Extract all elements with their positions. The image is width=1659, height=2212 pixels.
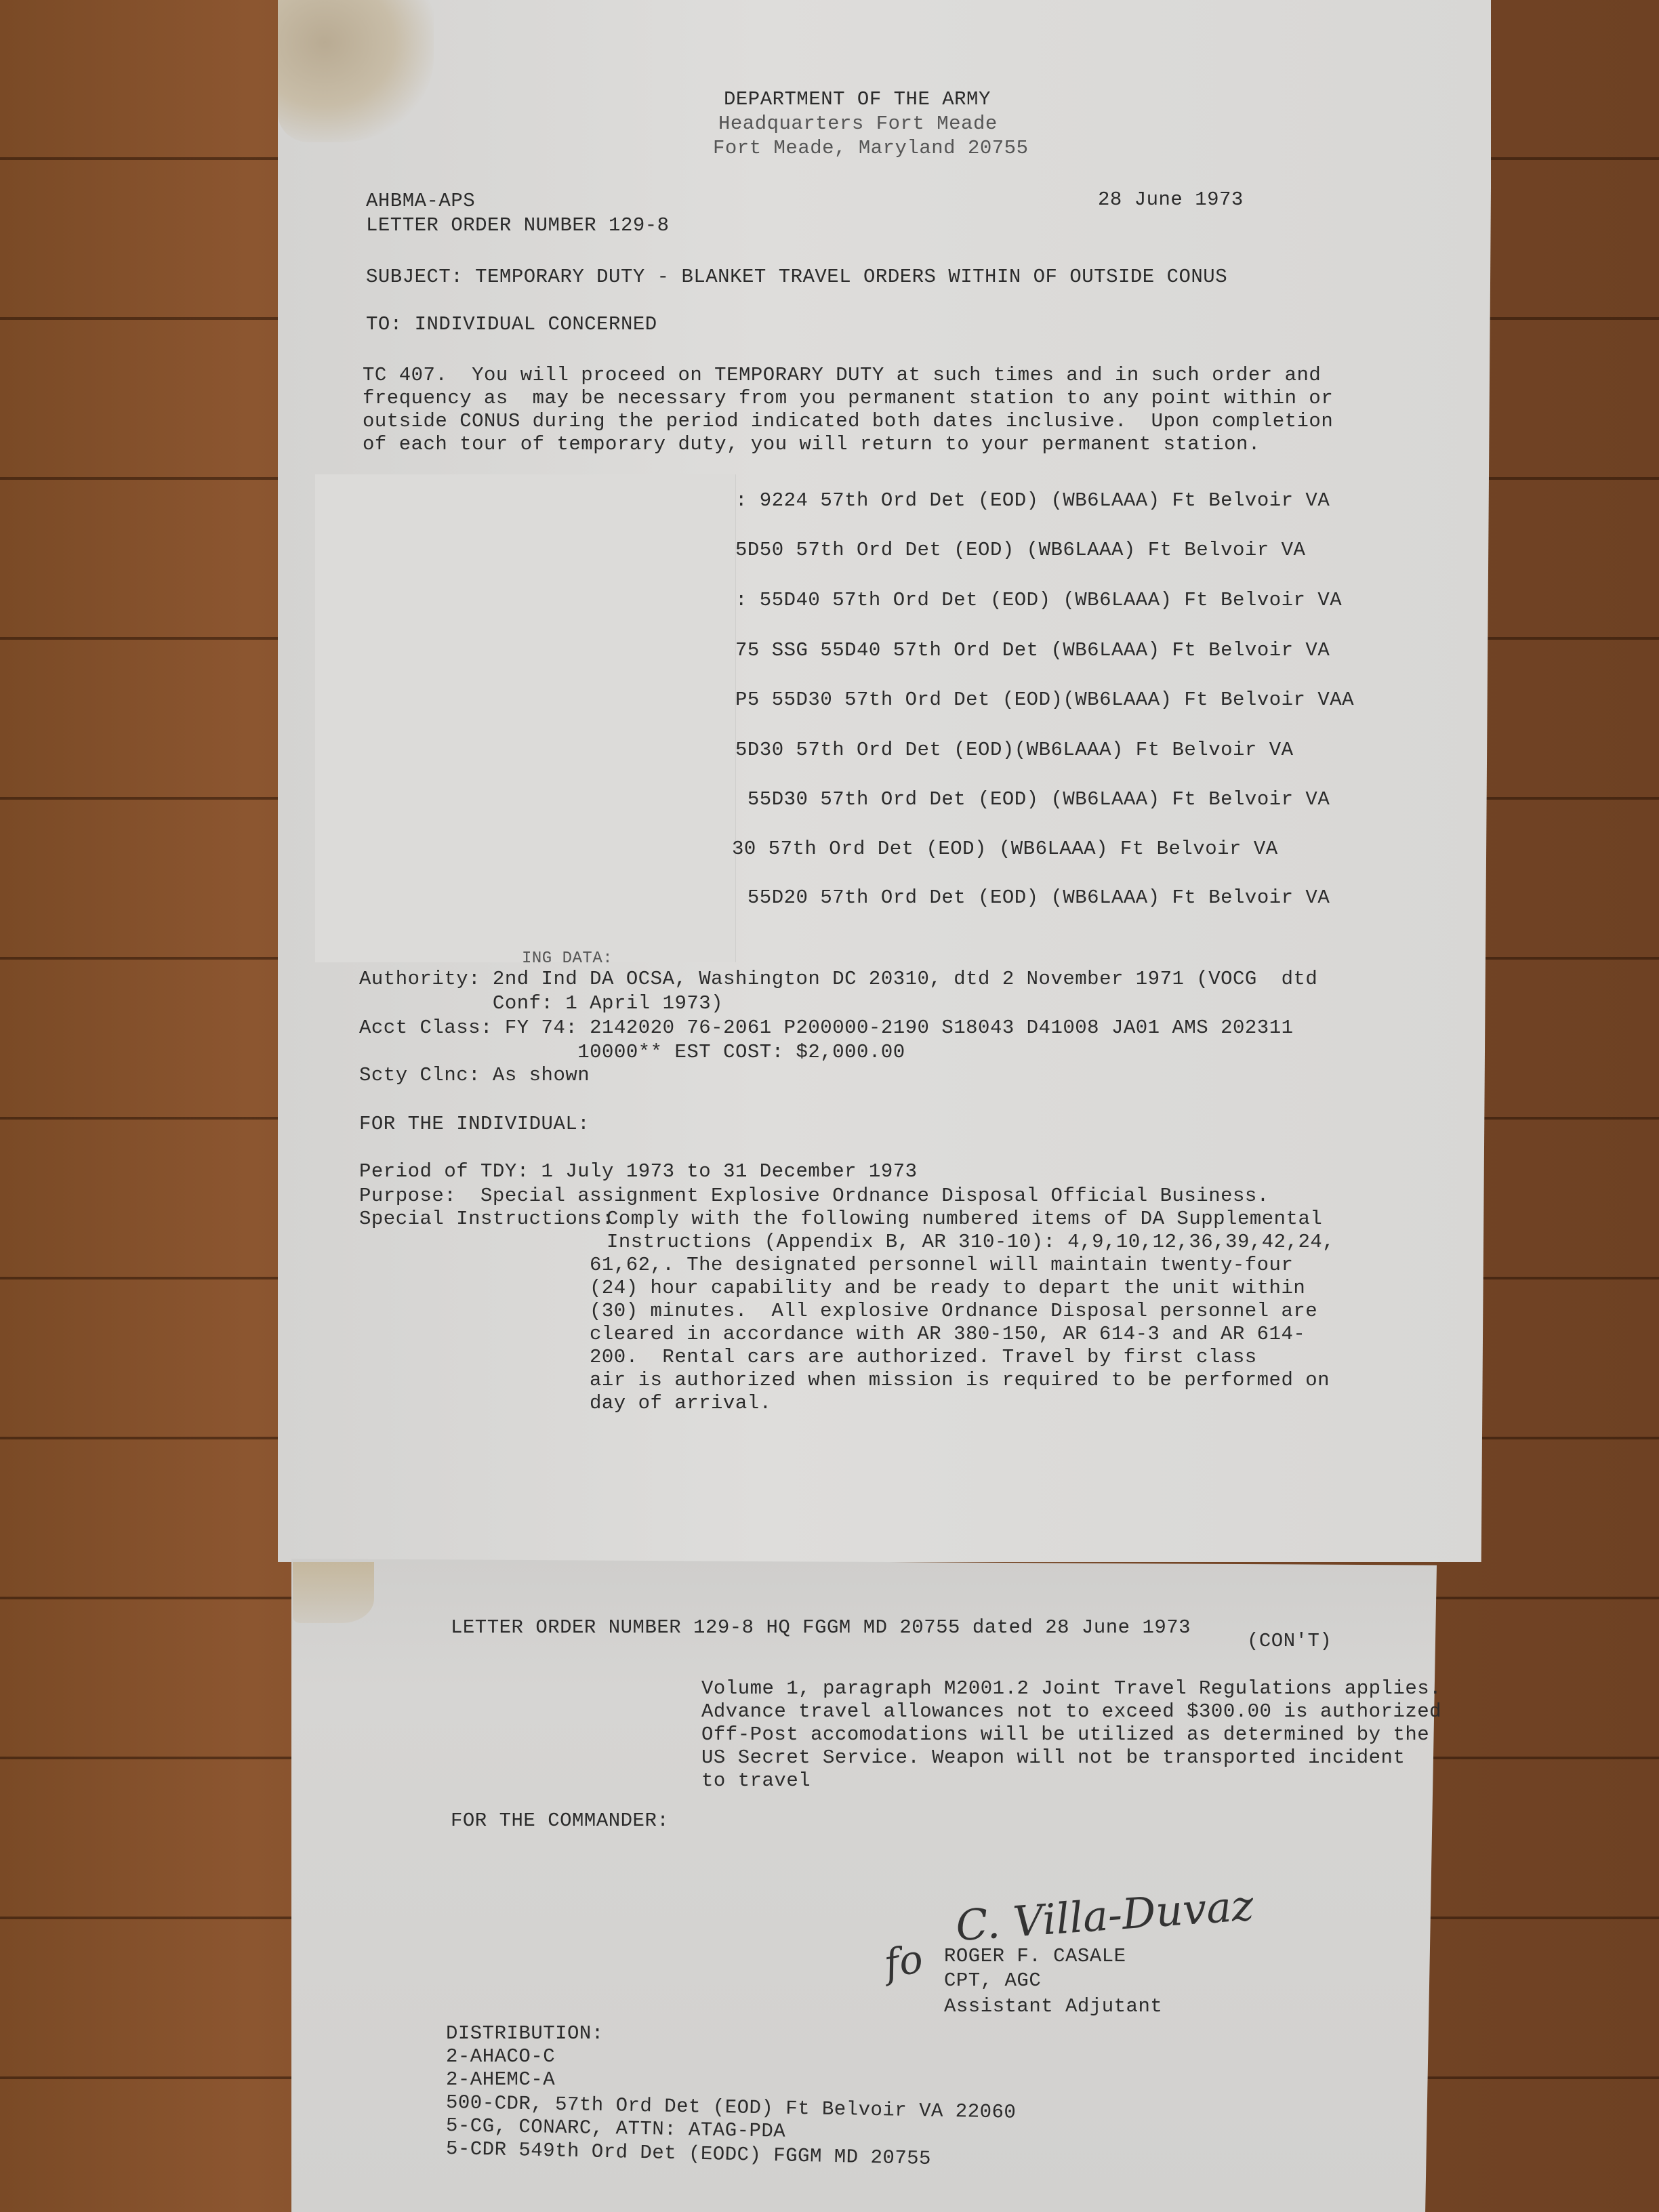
redacted-block [315,474,736,962]
org-line-3: Fort Meade, Maryland 20755 [713,137,1028,160]
personnel-row: : 55D40 57th Ord Det (EOD) (WB6LAAA) Ft … [735,589,1342,612]
individual-heading: FOR THE INDIVIDUAL: [359,1113,590,1136]
acct-class-line: Acct Class: FY 74: 2142020 76-2061 P2000… [359,1017,1294,1040]
instruction-line: 61,62,. The designated personnel will ma… [590,1254,1293,1277]
commander-line: FOR THE COMMANDER: [451,1809,669,1832]
org-line-1: DEPARTMENT OF THE ARMY [724,88,991,111]
tdy-period: Period of TDY: 1 July 1973 to 31 Decembe… [359,1160,918,1183]
personnel-row: 55D30 57th Ord Det (EOD) (WB6LAAA) Ft Be… [735,788,1330,811]
continued-mark: (CON'T) [1247,1630,1332,1653]
org-line-2: Headquarters Fort Meade [718,112,998,136]
cont-line: to travel [701,1769,811,1793]
instruction-line: (24) hour capability and be ready to dep… [590,1277,1305,1300]
cont-line: Advance travel allowances not to exceed … [701,1700,1441,1723]
instruction-line: air is authorized when mission is requir… [590,1369,1330,1392]
personnel-row: 5D30 57th Ord Det (EOD)(WB6LAAA) Ft Belv… [735,739,1294,762]
signer-rank: CPT, AGC [944,1969,1041,1992]
instruction-line: Comply with the following numbered items… [607,1208,1322,1231]
security-clearance: Scty Clnc: As shown [359,1064,590,1087]
cont-line: Off-Post accomodations will be utilized … [701,1723,1429,1746]
cont-line: Volume 1, paragraph M2001.2 Joint Travel… [701,1677,1441,1700]
body-line: TC 407. You will proceed on TEMPORARY DU… [363,364,1321,387]
accounting-heading-fragment: ING DATA: [522,947,613,970]
office-symbol: AHBMA-APS [366,190,475,213]
signer-title: Assistant Adjutant [944,1995,1162,2018]
special-instructions-label: Special Instructions: [359,1208,614,1231]
authority-line: Authority: 2nd Ind DA OCSA, Washington D… [359,968,1317,991]
authority-line-2: Conf: 1 April 1973) [359,992,723,1015]
distribution-item: 2-AHACO-C [446,2045,555,2068]
body-line: frequency as may be necessary from you p… [363,387,1333,410]
distribution-heading: DISTRIBUTION: [446,2022,604,2045]
cont-line: US Secret Service. Weapon will not be tr… [701,1746,1405,1769]
instruction-line: (30) minutes. All explosive Ordnance Dis… [590,1300,1317,1323]
addressee: TO: INDIVIDUAL CONCERNED [366,313,657,336]
instruction-line: day of arrival. [590,1392,772,1415]
acct-class-line-2: 10000** EST COST: $2,000.00 [359,1041,905,1064]
personnel-row: 75 SSG 55D40 57th Ord Det (WB6LAAA) Ft B… [735,639,1330,662]
signer-name: ROGER F. CASALE [944,1945,1126,1968]
tdy-purpose: Purpose: Special assignment Explosive Or… [359,1185,1269,1208]
letter-date: 28 June 1973 [1098,188,1244,211]
personnel-row: 30 57th Ord Det (EOD) (WB6LAAA) Ft Belvo… [732,838,1278,861]
personnel-row: 5D50 57th Ord Det (EOD) (WB6LAAA) Ft Bel… [735,539,1305,562]
instruction-line: Instructions (Appendix B, AR 310-10): 4,… [607,1231,1334,1254]
continuation-header: LETTER ORDER NUMBER 129-8 HQ FGGM MD 207… [451,1616,1191,1639]
personnel-row: 55D20 57th Ord Det (EOD) (WB6LAAA) Ft Be… [735,886,1330,909]
body-line: outside CONUS during the period indicate… [363,410,1333,433]
instruction-line: 200. Rental cars are authorized. Travel … [590,1346,1257,1369]
personnel-row: : 9224 57th Ord Det (EOD) (WB6LAAA) Ft B… [735,489,1330,512]
letter-order-number: LETTER ORDER NUMBER 129-8 [366,214,670,237]
for-mark: fo [881,1935,926,1988]
instruction-line: cleared in accordance with AR 380-150, A… [590,1323,1305,1346]
body-line: of each tour of temporary duty, you will… [363,433,1261,456]
water-stain [293,1562,374,1623]
subject-line: SUBJECT: TEMPORARY DUTY - BLANKET TRAVEL… [366,266,1227,289]
distribution-item: 2-AHEMC-A [446,2068,555,2091]
personnel-row: P5 55D30 57th Ord Det (EOD)(WB6LAAA) Ft … [735,689,1354,712]
